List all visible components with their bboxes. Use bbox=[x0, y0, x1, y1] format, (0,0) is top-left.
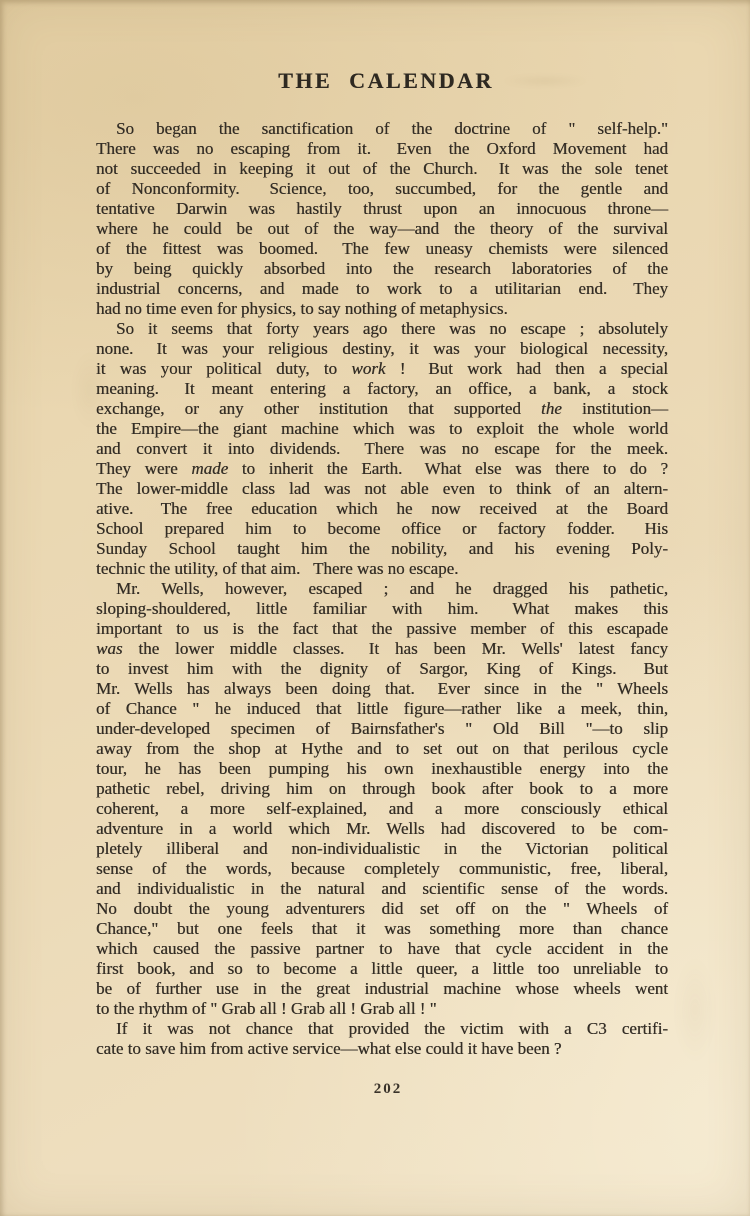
paragraph: Mr. Wells, however, escaped ; and he dra… bbox=[96, 579, 668, 1019]
text-line: They were made to inherit the Earth. Wha… bbox=[96, 459, 668, 479]
text-line: not succeeded in keeping it out of the C… bbox=[96, 159, 668, 179]
text-line: be of further use in the great industria… bbox=[96, 979, 668, 999]
text-line: exchange, or any other institution that … bbox=[96, 399, 668, 419]
paragraph: So it seems that forty years ago there w… bbox=[96, 319, 668, 579]
text-line: pathetic rebel, driving him on through b… bbox=[96, 779, 668, 799]
text-line: and convert it into dividends. There was… bbox=[96, 439, 668, 459]
ink-showthrough-smudge bbox=[660, 930, 730, 1090]
text-line: Sunday School taught him the nobility, a… bbox=[96, 539, 668, 559]
text-line: There was no escaping from it. Even the … bbox=[96, 139, 668, 159]
text-line: School prepared him to become office or … bbox=[96, 519, 668, 539]
text-line: tour, he has been pumping his own inexha… bbox=[96, 759, 668, 779]
text-line: tentative Darwin was hastily thrust upon… bbox=[96, 199, 668, 219]
paragraph: So began the sanctification of the doctr… bbox=[96, 119, 668, 319]
text-line: sense of the words, because completely c… bbox=[96, 859, 668, 879]
paragraph: If it was not chance that provided the v… bbox=[96, 1019, 668, 1059]
text-line: Chance," but one feels that it was somet… bbox=[96, 919, 668, 939]
text-line: Mr. Wells, however, escaped ; and he dra… bbox=[96, 579, 668, 599]
page-title: THE CALENDAR bbox=[0, 68, 750, 94]
text-line: to the rhythm of " Grab all ! Grab all !… bbox=[96, 999, 668, 1019]
text-line: to invest him with the dignity of Sargor… bbox=[96, 659, 668, 679]
text-line: of the fittest was boomed. The few uneas… bbox=[96, 239, 668, 259]
text-line: first book, and so to become a little qu… bbox=[96, 959, 668, 979]
text-line: If it was not chance that provided the v… bbox=[96, 1019, 668, 1039]
text-line: So it seems that forty years ago there w… bbox=[96, 319, 668, 339]
text-line: where he could be out of the way—and the… bbox=[96, 219, 668, 239]
text-line: important to us is the fact that the pas… bbox=[96, 619, 668, 639]
scanned-book-page: THE CALENDAR So began the sanctification… bbox=[0, 0, 750, 1216]
text-line: was the lower middle classes. It has bee… bbox=[96, 639, 668, 659]
text-line: of Nonconformity. Science, too, succumbe… bbox=[96, 179, 668, 199]
text-line: it was your political duty, to work ! Bu… bbox=[96, 359, 668, 379]
text-line: ative. The free education which he now r… bbox=[96, 499, 668, 519]
text-line: which caused the passive partner to have… bbox=[96, 939, 668, 959]
text-line: pletely illiberal and non-individualisti… bbox=[96, 839, 668, 859]
text-line: industrial concerns, and made to work to… bbox=[96, 279, 668, 299]
text-line: meaning. It meant entering a factory, an… bbox=[96, 379, 668, 399]
text-line: So began the sanctification of the doctr… bbox=[96, 119, 668, 139]
text-line: sloping-shouldered, little familiar with… bbox=[96, 599, 668, 619]
text-block: So began the sanctification of the doctr… bbox=[96, 119, 668, 1059]
text-line: away from the shop at Hythe and to set o… bbox=[96, 739, 668, 759]
text-line: and individualistic in the natural and s… bbox=[96, 879, 668, 899]
text-line: of Chance " he induced that little figur… bbox=[96, 699, 668, 719]
text-line: No doubt the young adventurers did set o… bbox=[96, 899, 668, 919]
page-number: 202 bbox=[0, 1081, 750, 1098]
text-line: the Empire—the giant machine which was t… bbox=[96, 419, 668, 439]
text-line: coherent, a more self-explained, and a m… bbox=[96, 799, 668, 819]
text-line: technic the utility, of that aim. There … bbox=[96, 559, 668, 579]
text-line: under-developed specimen of Bairnsfather… bbox=[96, 719, 668, 739]
text-line: had no time even for physics, to say not… bbox=[96, 299, 668, 319]
text-line: cate to save him from active service—wha… bbox=[96, 1039, 668, 1059]
text-line: The lower-middle class lad was not able … bbox=[96, 479, 668, 499]
text-line: Mr. Wells has always been doing that. Ev… bbox=[96, 679, 668, 699]
text-line: adventure in a world which Mr. Wells had… bbox=[96, 819, 668, 839]
text-line: none. It was your religious destiny, it … bbox=[96, 339, 668, 359]
text-line: by being quickly absorbed into the resea… bbox=[96, 259, 668, 279]
